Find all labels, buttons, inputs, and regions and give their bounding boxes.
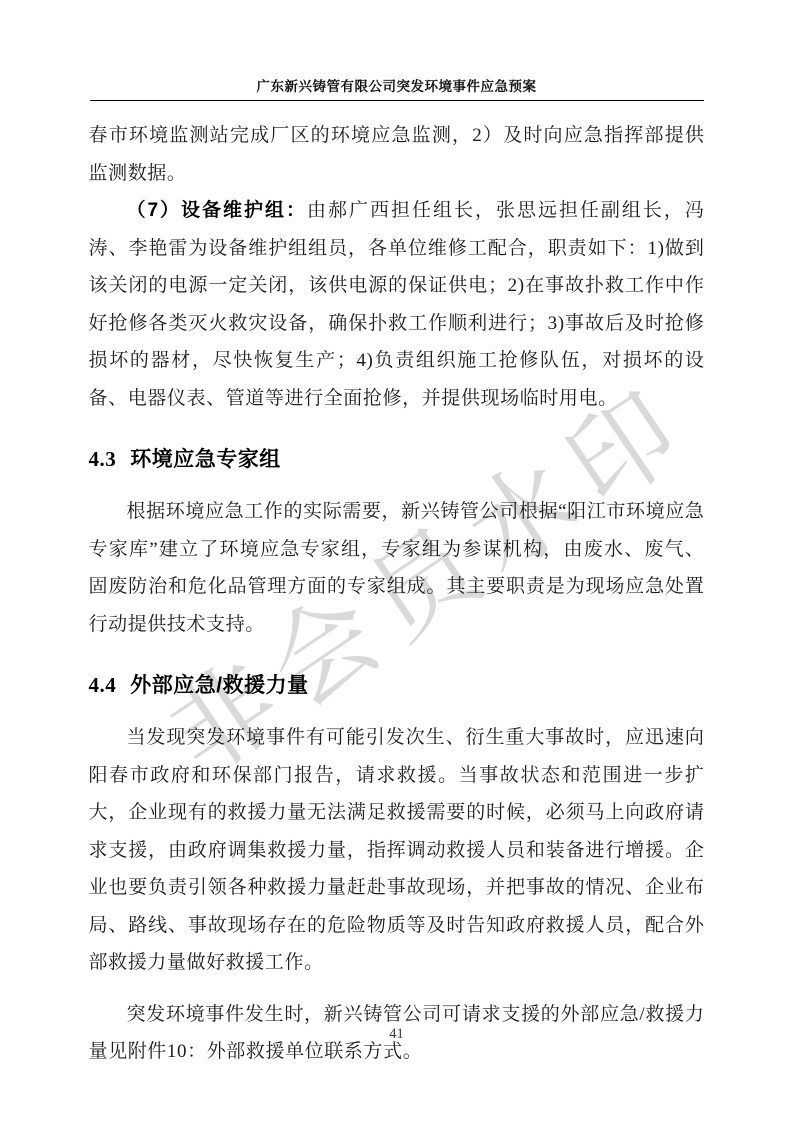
page-number: 41 xyxy=(0,1026,793,1043)
header-rule xyxy=(90,100,704,101)
paragraph-monitoring-continuation: 春市环境监测站完成厂区的环境应急监测，2）及时向应急指挥部提供监测数据。 xyxy=(89,117,705,192)
section-heading-4-3: 4.3环境应急专家组 xyxy=(89,443,705,473)
document-body: 春市环境监测站完成厂区的环境应急监测，2）及时向应急指挥部提供监测数据。 （7）… xyxy=(89,117,705,1071)
paragraph-equipment-maintenance-group: （7）设备维护组：由郝广西担任组长，张思远担任副组长，冯涛、李艳雷为设备维护组组… xyxy=(89,192,705,417)
document-header: 广东新兴铸管有限公司突发环境事件应急预案 xyxy=(0,0,793,101)
paragraph-lead-equipment-group: （7）设备维护组： xyxy=(127,200,308,221)
section-number-4-3: 4.3 xyxy=(89,447,117,471)
header-title: 广东新兴铸管有限公司突发环境事件应急预案 xyxy=(0,75,793,95)
section-number-4-4: 4.4 xyxy=(89,673,117,697)
paragraph-equipment-group-text: 由郝广西担任组长，张思远担任副组长，冯涛、李艳雷为设备维护组组员，各单位维修工配… xyxy=(89,200,705,409)
paragraph-external-rescue: 当发现突发环境事件有可能引发次生、衍生重大事故时，应迅速向阳春市政府和环保部门报… xyxy=(89,719,705,982)
section-heading-4-4: 4.4外部应急/救援力量 xyxy=(89,669,705,699)
document-page: 非会员水印 广东新兴铸管有限公司突发环境事件应急预案 春市环境监测站完成厂区的环… xyxy=(0,0,793,1122)
paragraph-expert-group: 根据环境应急工作的实际需要，新兴铸管公司根据“阳江市环境应急专家库”建立了环境应… xyxy=(89,493,705,643)
section-title-4-4: 外部应急/救援力量 xyxy=(130,674,308,697)
section-title-4-3: 环境应急专家组 xyxy=(130,448,281,471)
